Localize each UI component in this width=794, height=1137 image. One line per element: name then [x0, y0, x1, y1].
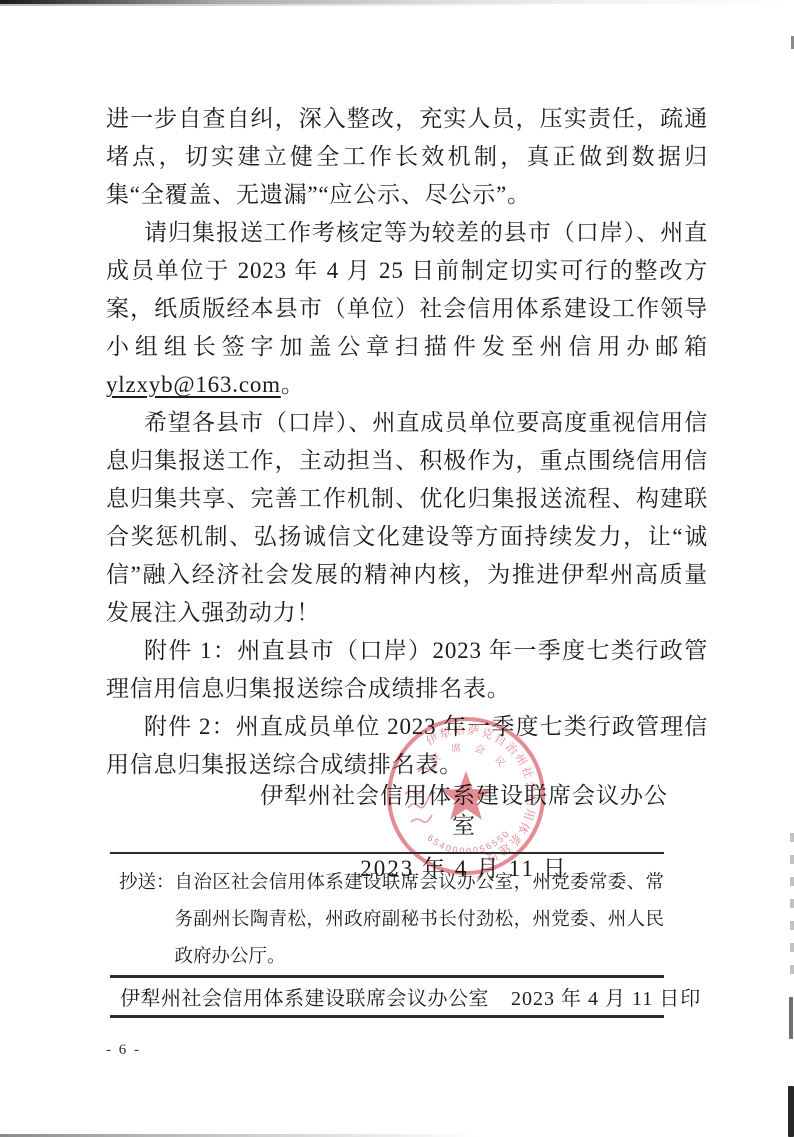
scan-artifact-right-edge-2 — [789, 997, 793, 1039]
seal-star-icon — [440, 771, 491, 820]
separator-line-3 — [110, 1015, 664, 1018]
paragraph-2-period: 。 — [281, 372, 305, 397]
scan-artifact-right-edge-3 — [790, 833, 794, 983]
seal-uyghur-script-strokes — [405, 763, 437, 822]
body-paragraph-1: 进一步自查自纠，深入整改，充实人员，压实责任，疏通堵点，切实建立健全工作长效机制… — [106, 100, 708, 214]
colophon-issuer: 伊犁州社会信用体系建设联席会议办公室 — [120, 988, 489, 1010]
scan-artifact-top-streak — [0, 0, 794, 4]
document-body: 进一步自查自纠，深入整改，充实人员，压实责任，疏通堵点，切实建立健全工作长效机制… — [106, 100, 708, 784]
separator-line-1 — [110, 852, 664, 854]
body-paragraph-2: 请归集报送工作考核定等为较差的县市（口岸）、州直成员单位于 2023 年 4 月… — [106, 214, 708, 404]
scan-artifact-top-streak-2 — [0, 4, 556, 6]
colophon-line: 伊犁州社会信用体系建设联席会议办公室2023 年 4 月 11 日印 — [120, 984, 664, 1014]
scanned-document-page: 进一步自查自纠，深入整改，充实人员，压实责任，疏通堵点，切实建立健全工作长效机制… — [0, 0, 794, 1137]
page-number: - 6 - — [106, 1042, 141, 1059]
colophon-print-date: 2023 年 4 月 11 日印 — [511, 988, 701, 1010]
paragraph-2-text: 请归集报送工作考核定等为较差的县市（口岸）、州直成员单位于 2023 年 4 月… — [106, 220, 708, 359]
scan-artifact-right-edge — [788, 1086, 794, 1137]
official-seal: 伊犁哈萨克自治州社会信用体系建设 联席会议 6540000056550 — [380, 710, 552, 882]
attachment-1-line: 附件 1：州直县市（口岸）2023 年一季度七类行政管理信用信息归集报送综合成绩… — [106, 632, 708, 708]
body-paragraph-3: 希望各县市（口岸）、州直成员单位要高度重视信用信息归集报送工作，主动担当、积极作… — [106, 404, 708, 632]
email-address: ylzxyb@163.com — [106, 372, 281, 397]
cc-block: 抄送： 自治区社会信用体系建设联席会议办公室，州党委常委、常务副州长陶青松，州政… — [112, 865, 664, 976]
cc-label: 抄送： — [112, 865, 175, 902]
cc-text: 自治区社会信用体系建设联席会议办公室，州党委常委、常务副州长陶青松，州政府副秘书… — [175, 865, 664, 976]
